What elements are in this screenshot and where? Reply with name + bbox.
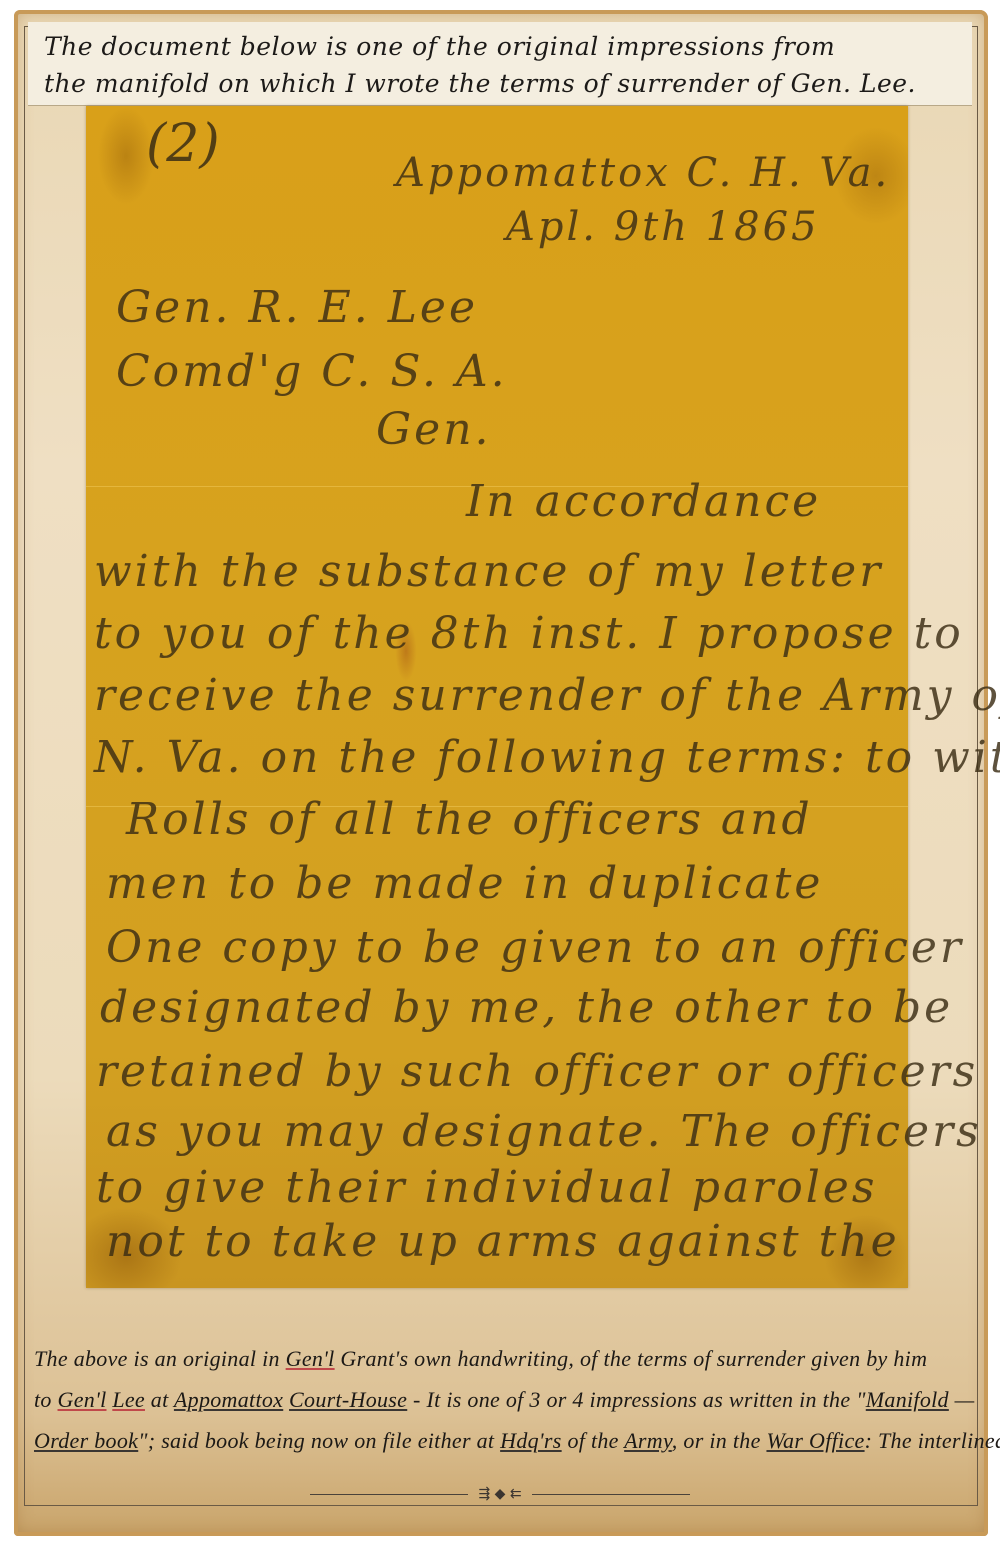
ornament-divider: ⇶ ◆ ⇇ [310,1484,690,1504]
ornament-rule-left [310,1494,468,1495]
top-handwritten-note: The document below is one of the origina… [28,22,972,106]
salutation: Gen. [376,404,492,455]
body-line: men to be made in duplicate [106,858,823,909]
caption-war-office: War Office [766,1428,864,1453]
body-line: with the substance of my letter [94,546,883,597]
caption-text: own handwriting, of the terms of surrend… [408,1346,927,1371]
body-line: as you may designate. The officers [106,1106,982,1157]
caption-gen: Gen'l [286,1346,335,1371]
caption-text: The above is an original in [34,1346,286,1371]
ornament-rule-right [532,1494,690,1495]
page-number: (2) [146,114,220,174]
caption-line-2: to Gen'l Lee at Appomattox Court-House -… [34,1379,964,1420]
caption-text: , or in the [672,1428,767,1453]
note-line-1: The document below is one of the origina… [44,28,960,65]
manifold-letter: (2) Appomattox C. H. Va. Apl. 9th 1865 G… [86,106,908,1288]
caption-text: at [145,1387,174,1412]
caption-court-house: Court-House [289,1387,407,1412]
caption-text: of the [562,1428,625,1453]
ornament-glyph: ⇶ ◆ ⇇ [478,1486,521,1502]
caption-appomattox: Appomattox [174,1387,283,1412]
caption-order-book: Order book [34,1428,138,1453]
body-line: to give their individual paroles [96,1162,877,1213]
body-line: Rolls of all the officers and [126,794,813,845]
body-line: receive the surrender of the Army of [94,670,1000,721]
letter-date: Apl. 9th 1865 [506,204,820,250]
caption-text: to [34,1387,58,1412]
note-line-2: the manifold on which I wrote the terms … [44,65,960,102]
recipient-title: Comd'g C. S. A. [116,346,508,397]
caption-text: — [949,1387,975,1412]
caption-hdqrs: Hdq'rs [500,1428,562,1453]
letter-place: Appomattox C. H. Va. [396,150,890,196]
caption-lee: Lee [112,1387,145,1412]
recipient-name: Gen. R. E. Lee [116,282,478,333]
body-line: not to take up arms against the [106,1216,900,1267]
caption-text: : The interlineations —— [865,1428,1000,1453]
body-line: One copy to be given to an officer [106,922,964,973]
body-line: In accordance [466,476,821,527]
body-line: N. Va. on the following terms: to wit: [94,732,1000,783]
caption-line-1: The above is an original in Gen'l Grant'… [34,1338,964,1379]
body-line: to you of the 8th inst. I propose to [94,608,964,659]
mount-caption: The above is an original in Gen'l Grant'… [34,1338,964,1461]
caption-gen: Gen'l [58,1387,107,1412]
caption-line-3: Order book"; said book being now on file… [34,1420,964,1461]
caption-grant: Grant's [340,1346,408,1371]
caption-text: "; said book being now on file either at [138,1428,500,1453]
caption-manifold: Manifold [866,1387,949,1412]
caption-text: - It is one of 3 or 4 impressions as wri… [407,1387,866,1412]
body-line: retained by such officer or officers [96,1046,978,1097]
caption-army: Army [624,1428,672,1453]
body-line: designated by me, the other to be [100,982,953,1033]
